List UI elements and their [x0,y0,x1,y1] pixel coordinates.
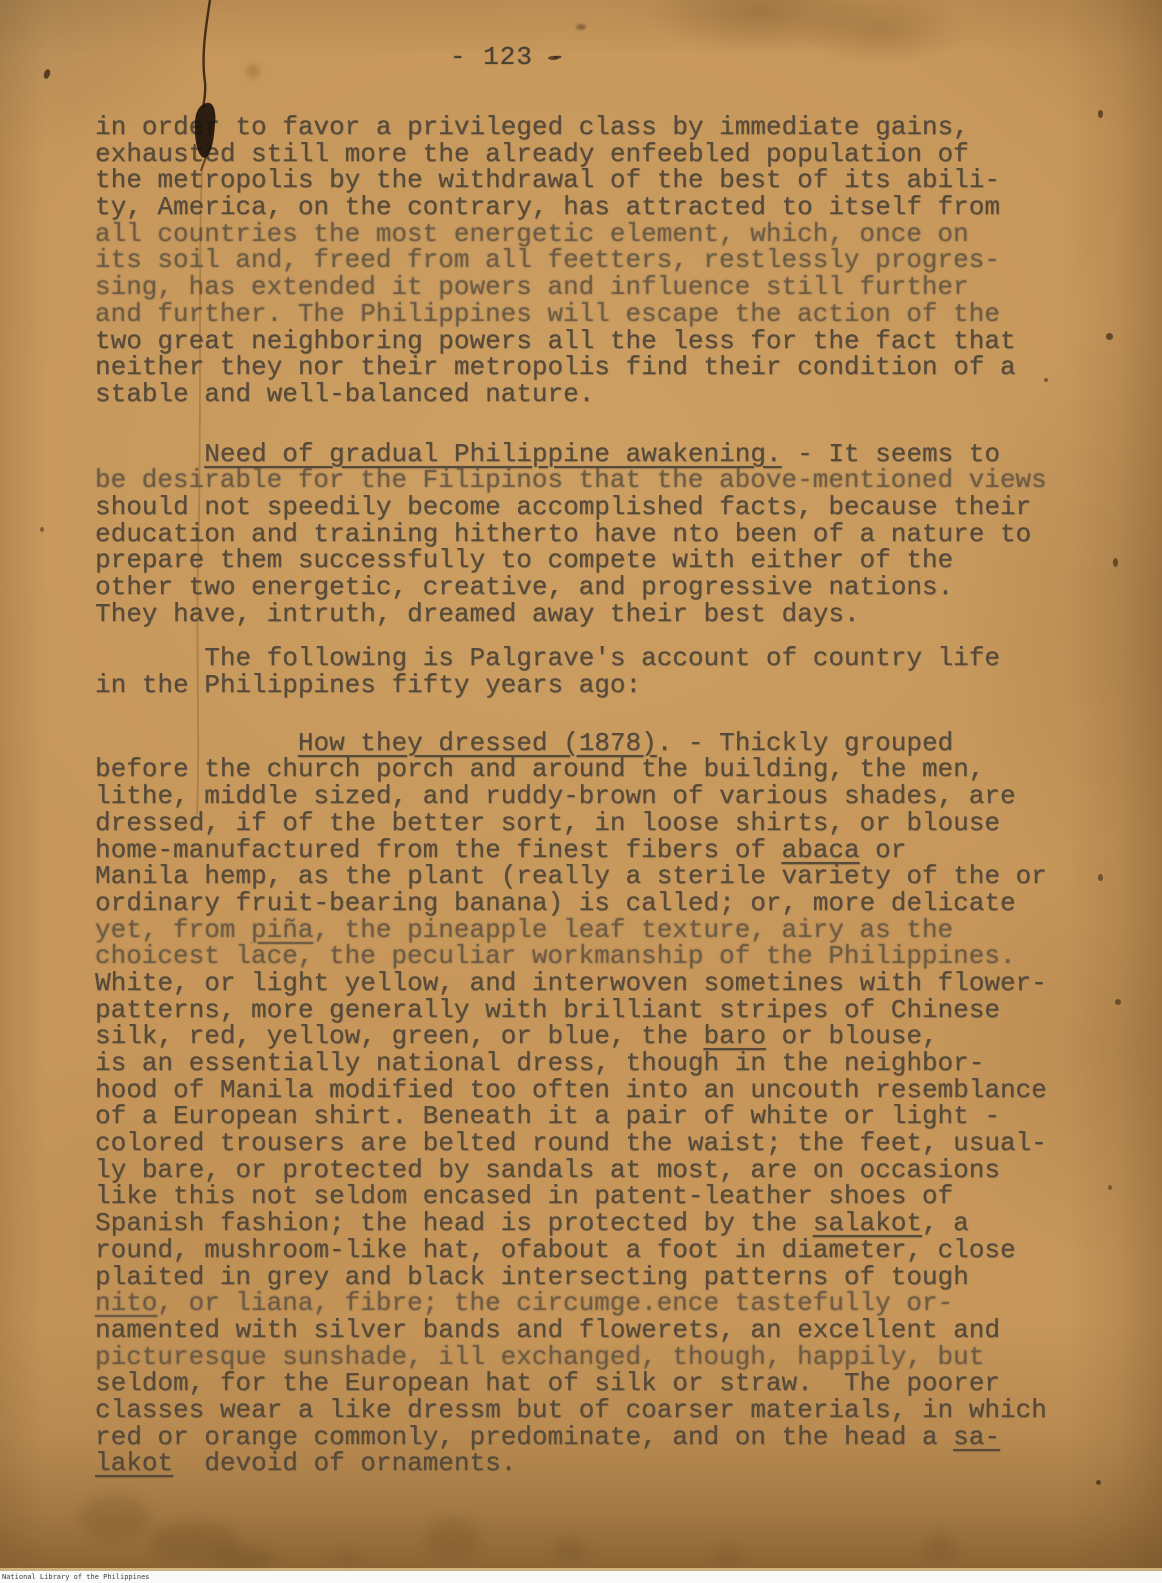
text-segment: patterns, more generally with brilliant … [95,995,1000,1025]
footer-attribution: National Library of the Philippines [2,1573,150,1581]
text-line: the metropolis by the withdrawal of the … [95,167,1105,194]
text-segment [95,439,204,469]
text-line: sing, has extended it powers and influen… [95,274,1105,301]
paper-speck [548,56,559,60]
text-line: neither they nor their metropolis find t… [95,354,1105,381]
text-segment: , a [922,1208,969,1238]
text-segment [95,728,298,758]
paragraph-emigration: in order to favor a privileged class by … [95,114,1105,408]
text-line: in the Philippines fifty years ago: [95,672,1105,699]
text-line: home-manufactured from the finest fibers… [95,837,1105,864]
underlined-term: sa- [953,1422,1000,1452]
text-segment: White, or light yellow, and interwoven s… [95,968,1047,998]
text-line: ordinary fruit-bearing banana) is called… [95,890,1105,917]
text-segment: colored trousers are belted round the wa… [95,1128,1047,1158]
text-segment: hood of Manila modified too often into a… [95,1075,1047,1105]
text-line: should not speedily become accomplished … [95,494,1105,521]
footer-bar: National Library of the Philippines [0,1571,1162,1583]
underlined-term: Need of gradual Philippine awakening. [204,439,781,469]
text-line: How they dressed (1878). - Thickly group… [95,730,1105,757]
paper-speck [1098,874,1103,881]
paper-speck [1044,378,1048,382]
paper-smudge [425,1518,480,1560]
underlined-term: lakot [95,1448,173,1478]
paper-smudge [555,1538,585,1562]
text-line: in order to favor a privileged class by … [95,114,1105,141]
text-segment: seldom, for the European hat of silk or … [95,1368,1000,1398]
text-line: lithe, middle sized, and ruddy-brown of … [95,783,1105,810]
text-segment: should not speedily become accomplished … [95,492,1031,522]
text-line: is an essentially national dress, though… [95,1050,1105,1077]
text-segment: is an essentially national dress, though… [95,1048,984,1078]
paper-smudge [215,1548,275,1570]
text-line: seldom, for the European hat of silk or … [95,1370,1105,1397]
text-segment: all countries the most energetic element… [95,219,969,249]
text-segment: sing, has extended it powers and influen… [95,272,969,302]
text-segment: red or orange commonly, predominate, and… [95,1422,953,1452]
paper-smudge [925,1533,955,1563]
text-line: education and training hitherto have nto… [95,521,1105,548]
text-line: stable and well-balanced nature. [95,381,1105,408]
text-line: yet, from piña, the pineapple leaf textu… [95,917,1105,944]
text-segment: Spanish fashion; the head is protected b… [95,1208,813,1238]
paragraph-awakening: Need of gradual Philippine awakening. - … [95,441,1105,628]
paragraph-palgrave-intro: The following is Palgrave's account of c… [95,645,1105,698]
text-segment: before the church porch and around the b… [95,754,984,784]
underlined-term: baro [704,1021,766,1051]
paper-stain [246,64,260,78]
text-segment: lithe, middle sized, and ruddy-brown of … [95,781,1016,811]
text-segment: and further. The Philippines will escape… [95,299,1000,329]
text-line: namented with silver bands and flowerets… [95,1317,1105,1344]
paper-smudge [80,1495,150,1540]
text-line: all countries the most energetic element… [95,221,1105,248]
typewritten-text: in order to favor a privileged class by … [95,114,1105,1477]
text-segment: namented with silver bands and flowerets… [95,1315,1000,1345]
text-line: dressed, if of the better sort, in loose… [95,810,1105,837]
text-segment: education and training hitherto have nto… [95,519,1031,549]
paper-speck [40,527,44,532]
text-line: picturesque sunshade, ill exchanged, tho… [95,1344,1105,1371]
text-line: Spanish fashion; the head is protected b… [95,1210,1105,1237]
text-segment: like this not seldom encased in patent-l… [95,1181,953,1211]
paper-speck [1115,999,1121,1005]
text-segment: home-manufactured from the finest fibers… [95,835,782,865]
text-line: before the church porch and around the b… [95,756,1105,783]
text-segment: or blouse, [766,1021,938,1051]
text-line: colored trousers are belted round the wa… [95,1130,1105,1157]
text-segment: of a European shirt. Beneath it a pair o… [95,1101,1000,1131]
text-segment: classes wear a like dressm but of coarse… [95,1395,1047,1425]
text-segment: two great neighboring powers all the les… [95,326,1016,356]
text-segment: round, mushroom-like hat, ofabout a foot… [95,1235,1016,1265]
text-segment: , the pineapple leaf texture, airy as th… [313,915,953,945]
text-segment: prepare them successfully to compete wit… [95,545,953,575]
text-segment: dressed, if of the better sort, in loose… [95,808,1000,838]
text-segment: They have, intruth, dreamed away their b… [95,599,860,629]
paper-speck [1098,110,1103,118]
text-line: lakot devoid of ornaments. [95,1450,1105,1477]
text-segment: . - Thickly grouped [657,728,953,758]
text-segment: neither they nor their metropolis find t… [95,352,1016,382]
paper-smudge [715,1548,740,1566]
text-segment: devoid of ornaments. [173,1448,516,1478]
text-segment: exhausted still more the already enfeebl… [95,139,969,169]
text-line: other two energetic, creative, and progr… [95,574,1105,601]
text-line: exhausted still more the already enfeebl… [95,141,1105,168]
text-line: two great neighboring powers all the les… [95,328,1105,355]
text-segment: picturesque sunshade, ill exchanged, tho… [95,1342,984,1372]
text-line: choicest lace, the peculiar workmanship … [95,943,1105,970]
text-segment: ty, America, on the contrary, has attrac… [95,192,1000,222]
text-line: round, mushroom-like hat, ofabout a foot… [95,1237,1105,1264]
text-segment: or [860,835,907,865]
text-line: be desirable for the Filipinos that the … [95,467,1105,494]
text-line: plaited in grey and black intersecting p… [95,1264,1105,1291]
paper-speck [1106,333,1113,340]
text-line: The following is Palgrave's account of c… [95,645,1105,672]
text-segment: be desirable for the Filipinos that the … [95,465,1047,495]
paper-smudge [335,1553,360,1567]
paper-speck [576,24,586,30]
text-line: red or orange commonly, predominate, and… [95,1424,1105,1451]
text-segment: in order to favor a privileged class by … [95,112,969,142]
text-line: Need of gradual Philippine awakening. - … [95,441,1105,468]
text-segment: yet, from [95,915,251,945]
text-line: Manila hemp, as the plant (really a ster… [95,863,1105,890]
text-line: its soil and, freed from all feetters, r… [95,247,1105,274]
text-segment: choicest lace, the peculiar workmanship … [95,941,1016,971]
text-segment: stable and well-balanced nature. [95,379,594,409]
text-line: White, or light yellow, and interwoven s… [95,970,1105,997]
underlined-term: nito [95,1288,157,1318]
text-segment: The following is Palgrave's account of c… [95,643,1000,673]
underlined-term: piña [251,915,313,945]
paper-speck [1108,1185,1112,1190]
paper-speck [1096,1480,1101,1485]
paper-speck [43,68,52,79]
text-segment: in the Philippines fifty years ago: [95,670,641,700]
underlined-term: salakot [813,1208,922,1238]
text-segment: its soil and, freed from all feetters, r… [95,245,1000,275]
text-line: silk, red, yellow, green, or blue, the b… [95,1023,1105,1050]
text-segment: plaited in grey and black intersecting p… [95,1262,969,1292]
text-line: like this not seldom encased in patent-l… [95,1183,1105,1210]
text-line: of a European shirt. Beneath it a pair o… [95,1103,1105,1130]
text-segment: , or liana, fibre; the circumge.ence tas… [157,1288,953,1318]
paper-speck [1113,558,1118,567]
underlined-term: abaca [782,835,860,865]
text-line: and further. The Philippines will escape… [95,301,1105,328]
text-line: hood of Manila modified too often into a… [95,1077,1105,1104]
text-segment: silk, red, yellow, green, or blue, the [95,1021,704,1051]
text-segment: Manila hemp, as the plant (really a ster… [95,861,1047,891]
text-line: ty, America, on the contrary, has attrac… [95,194,1105,221]
text-line: nito, or liana, fibre; the circumge.ence… [95,1290,1105,1317]
text-line: patterns, more generally with brilliant … [95,997,1105,1024]
text-segment: ly bare, or protected by sandals at most… [95,1155,1000,1185]
text-line: ly bare, or protected by sandals at most… [95,1157,1105,1184]
scanned-document-page: - 123 - in order to favor a privileged c… [0,0,1162,1583]
text-line: classes wear a like dressm but of coarse… [95,1397,1105,1424]
text-segment: ordinary fruit-bearing banana) is called… [95,888,1016,918]
text-line: prepare them successfully to compete wit… [95,547,1105,574]
text-segment: other two energetic, creative, and progr… [95,572,953,602]
text-segment: - It seems to [782,439,1000,469]
text-segment: the metropolis by the withdrawal of the … [95,165,1000,195]
text-line: They have, intruth, dreamed away their b… [95,601,1105,628]
underlined-term: How they dressed (1878) [298,728,657,758]
paragraph-how-they-dressed: How they dressed (1878). - Thickly group… [95,730,1105,1477]
